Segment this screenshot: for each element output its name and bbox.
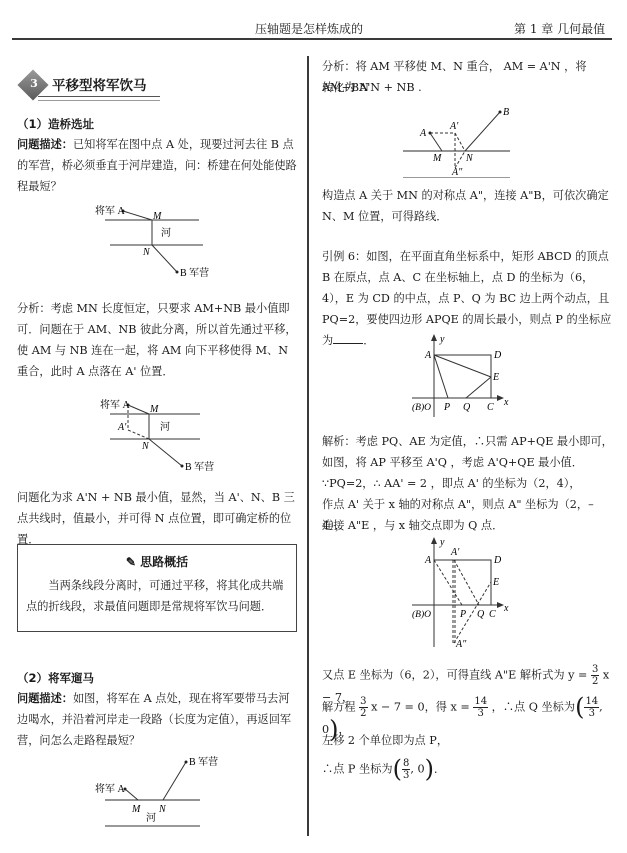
label-general-a: 将军 A [100,398,130,411]
axis-y-label: y [439,334,445,345]
label-m: M [432,153,442,164]
part2-heading: （2）将军遛马 [17,668,299,689]
summary-box: ✎ 思路概括 当两条线段分离时，可通过平移，将其化成共端点的折线段，求最值问题即… [17,544,297,632]
label-q: Q [477,609,485,620]
label-e: E [492,372,499,383]
problem-label: 问题描述： [17,691,73,705]
construct-text: 构造点 A 关于 MN 的对称点 A"，连接 A"B，可依次确定 N、M 位置，… [322,185,614,227]
chapter-title: 第 1 章 几何最值 [514,20,605,37]
part1-heading: （1）造桥选址 [17,114,299,135]
solution-line-3: ∵PQ=2，∴ AA' = 2 ，即点 A' 的坐标为（2，4）， [322,473,614,494]
solution-line-1: 解析：考虑 PQ、AE 为定值，∴只需 AP+QE 最小即可， [322,431,614,452]
bridge-figure-1: 将军 A M 河 N B 军营 [95,198,225,288]
part1-analysis: 分析：考虑 MN 长度恒定，只要求 AM+NB 最小值即可．问题在于 AM、NB… [17,298,299,382]
label-river: 河 [160,421,170,433]
summary-text: 当两条线段分离时，可通过平移，将其化成共端点的折线段，求最值问题即是常规将军饮马… [26,575,290,617]
coordinate-figure-2: y x A A' D E (B)O P Q C A" [400,535,520,650]
label-origin: (B)O [412,402,431,413]
label-q: Q [463,402,471,413]
label-n: N [141,441,150,452]
fraction: 32 [359,696,367,719]
analysis-line-2: 转化为 A'N + NB . [322,77,614,98]
label-general-a: 将军 A [95,782,125,795]
reflection-figure: A A' B M N A" [400,103,520,178]
label-m: M [131,804,141,815]
summary-title: 思路概括 [140,555,188,569]
label-camp-b: B 军营 [180,266,209,279]
part2-problem: 问题描述：如图，将军在 A 点处，现在将军要带马去河边喝水，并沿着河岸走一段路（… [17,688,299,751]
fraction: 143 [473,696,488,719]
label-a: A [424,555,432,566]
solution-line-2: 如图，将 AP 平移至 A'Q ，考虑 A'Q+QE 最小值． [322,452,614,473]
section-title: 平移型将军饮马 [52,74,147,94]
label-a-double-prime: A" [455,639,467,650]
summary-heading: ✎ 思路概括 [18,553,296,570]
label-origin: (B)O [412,609,431,620]
label-camp-b: B 军营 [189,755,218,768]
label-e: E [492,577,499,588]
label-n: N [158,804,167,815]
label-p: P [443,402,450,413]
label-a: A [424,350,432,361]
axis-x-label: x [503,603,509,614]
axis-y-label: y [439,537,445,548]
book-title: 压轴题是怎样炼成的 [255,20,363,37]
label-river: 河 [161,227,171,239]
section-number: 3 [27,77,41,90]
label-m: M [149,404,159,415]
coordinate-figure-1: y x A D E (B)O P Q C [400,332,520,422]
label-n: N [142,247,151,258]
label-m: M [152,211,162,222]
answer-blank [333,333,363,344]
fraction: 32 [591,664,599,687]
label-n: N [465,153,474,164]
part1-problem: 问题描述：已知将军在图中点 A 处，现要过河去往 B 点的军营，桥必须垂直于河岸… [17,134,299,197]
label-a: A [419,128,427,139]
section-underline [38,96,160,101]
label-c: C [487,402,494,413]
column-divider [307,56,309,836]
label-d: D [493,555,502,566]
label-river: 河 [146,812,156,824]
label-a-double-prime: A" [451,167,463,178]
label-general-a: 将军 A [95,204,125,217]
label-d: D [493,350,502,361]
axis-x-label: x [503,397,509,408]
label-a-prime: A' [117,422,127,433]
label-a-prime: A' [449,121,459,132]
section-heading: 3 平移型将军饮马 [18,72,168,102]
label-a-prime: A' [450,547,460,558]
fraction: 143 [584,696,599,719]
header-divider [12,38,612,40]
solution-line-5: 连接 A"E ，与 x 轴交点即为 Q 点． [322,515,614,536]
pencil-icon: ✎ [126,555,136,569]
final-line-4: ∴点 P 坐标为(83, 0)． [322,758,614,781]
bridge-figure-2: 将军 A M A' 河 N B 军营 [100,392,230,482]
label-camp-b: B 军营 [185,460,214,473]
label-c: C [489,609,496,620]
horse-walk-figure: B 军营 将军 A M N 河 [90,748,230,828]
label-p: P [459,609,466,620]
part1-conclusion: 问题化为求 A'N + NB 最小值，显然，当 A'、N、B 三点共线时，值最小… [17,487,299,550]
problem-label: 问题描述： [17,137,73,151]
label-b: B [503,107,509,118]
final-line-3: 左移 2 个单位即为点 P， [322,730,614,751]
